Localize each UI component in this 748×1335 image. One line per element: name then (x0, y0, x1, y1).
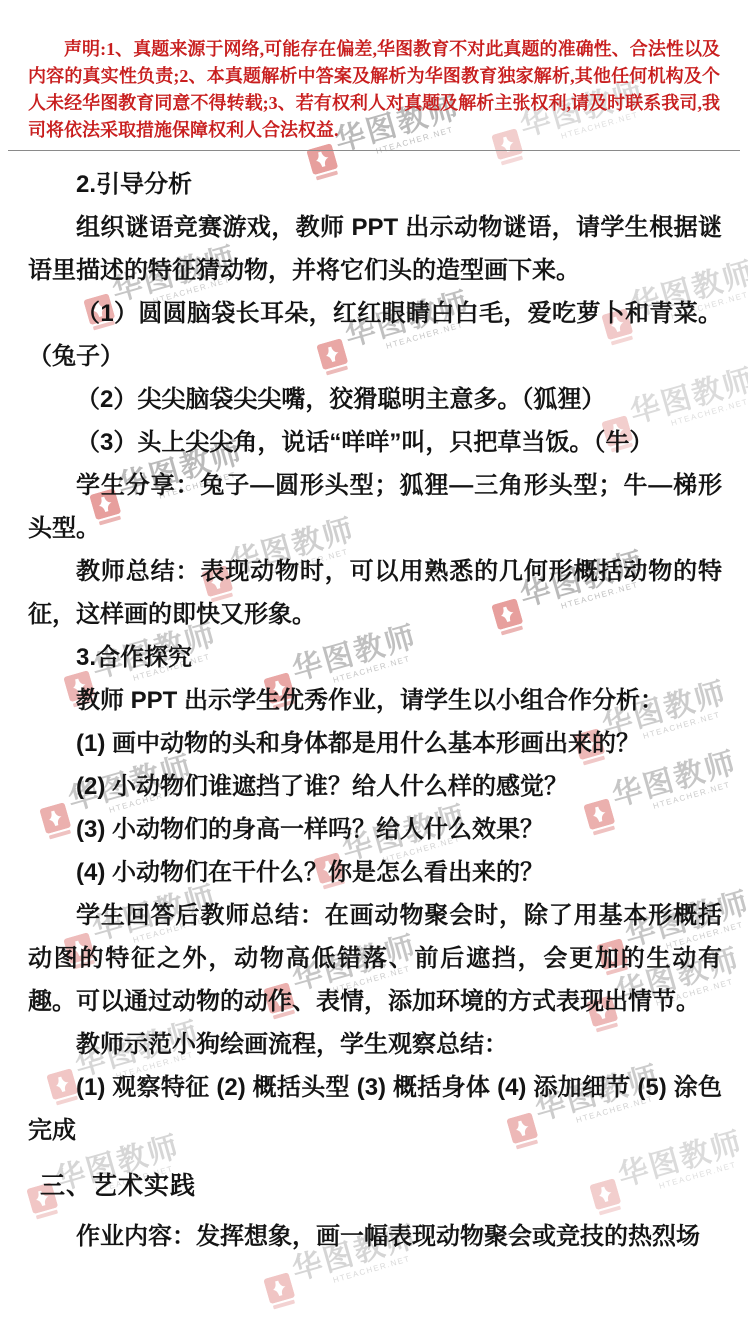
paragraph: (3) 小动物们的身高一样吗？给人什么效果？ (28, 808, 722, 851)
paragraph: 教师总结：表现动物时，可以用熟悉的几何形概括动物的特征，这样画的即快又形象。 (28, 550, 722, 636)
paragraph: (4) 小动物们在干什么？你是怎么看出来的？ (28, 851, 722, 894)
disclaimer-text: 1、真题来源于网络,可能存在偏差,华图教育不对此真题的准确性、合法性以及内容的真… (28, 39, 720, 140)
document-body: 2.引导分析组织谜语竞赛游戏，教师 PPT 出示动物谜语，请学生根据谜语里描述的… (28, 163, 722, 1258)
section-heading: 三、艺术实践 (28, 1165, 722, 1208)
paragraph: （2）尖尖脑袋尖尖嘴，狡猾聪明主意多。（狐狸） (28, 378, 722, 421)
disclaimer-label: 声明: (64, 39, 106, 59)
huatu-logo-icon (263, 1272, 297, 1310)
paragraph: 2.引导分析 (28, 163, 722, 206)
document-page: 华图教师HTEACHER.NET华图教师HTEACHER.NET华图教师HTEA… (0, 0, 748, 1335)
paragraph: 学生回答后教师总结：在画动物聚会时，除了用基本形概括动图的特征之外，动物高低错落… (28, 894, 722, 1023)
paragraph: (2) 小动物们谁遮挡了谁？给人什么样的感觉？ (28, 765, 722, 808)
paragraph: 组织谜语竞赛游戏，教师 PPT 出示动物谜语，请学生根据谜语里描述的特征猜动物，… (28, 206, 722, 292)
paragraph: (1) 画中动物的头和身体都是用什么基本形画出来的？ (28, 722, 722, 765)
paragraph: 3.合作探究 (28, 636, 722, 679)
paragraph: 作业内容：发挥想象，画一幅表现动物聚会或竞技的热烈场 (28, 1215, 722, 1258)
document-content: 声明:1、真题来源于网络,可能存在偏差,华图教育不对此真题的准确性、合法性以及内… (0, 0, 748, 1258)
paragraph: （1）圆圆脑袋长耳朵，红红眼睛白白毛，爱吃萝卜和青菜。（兔子） (28, 292, 722, 378)
paragraph: 教师 PPT 出示学生优秀作业，请学生以小组合作分析： (28, 679, 722, 722)
paragraph: 学生分享：兔子—圆形头型；狐狸—三角形头型；牛—梯形头型。 (28, 464, 722, 550)
paragraph: (1) 观察特征 (2) 概括头型 (3) 概括身体 (4) 添加细节 (5) … (28, 1066, 722, 1152)
paragraph: 教师示范小狗绘画流程，学生观察总结： (28, 1023, 722, 1066)
disclaimer: 声明:1、真题来源于网络,可能存在偏差,华图教育不对此真题的准确性、合法性以及内… (28, 36, 720, 144)
header-divider (8, 150, 740, 151)
paragraph: （3）头上尖尖角，说话“咩咩”叫，只把草当饭。（牛） (28, 421, 722, 464)
